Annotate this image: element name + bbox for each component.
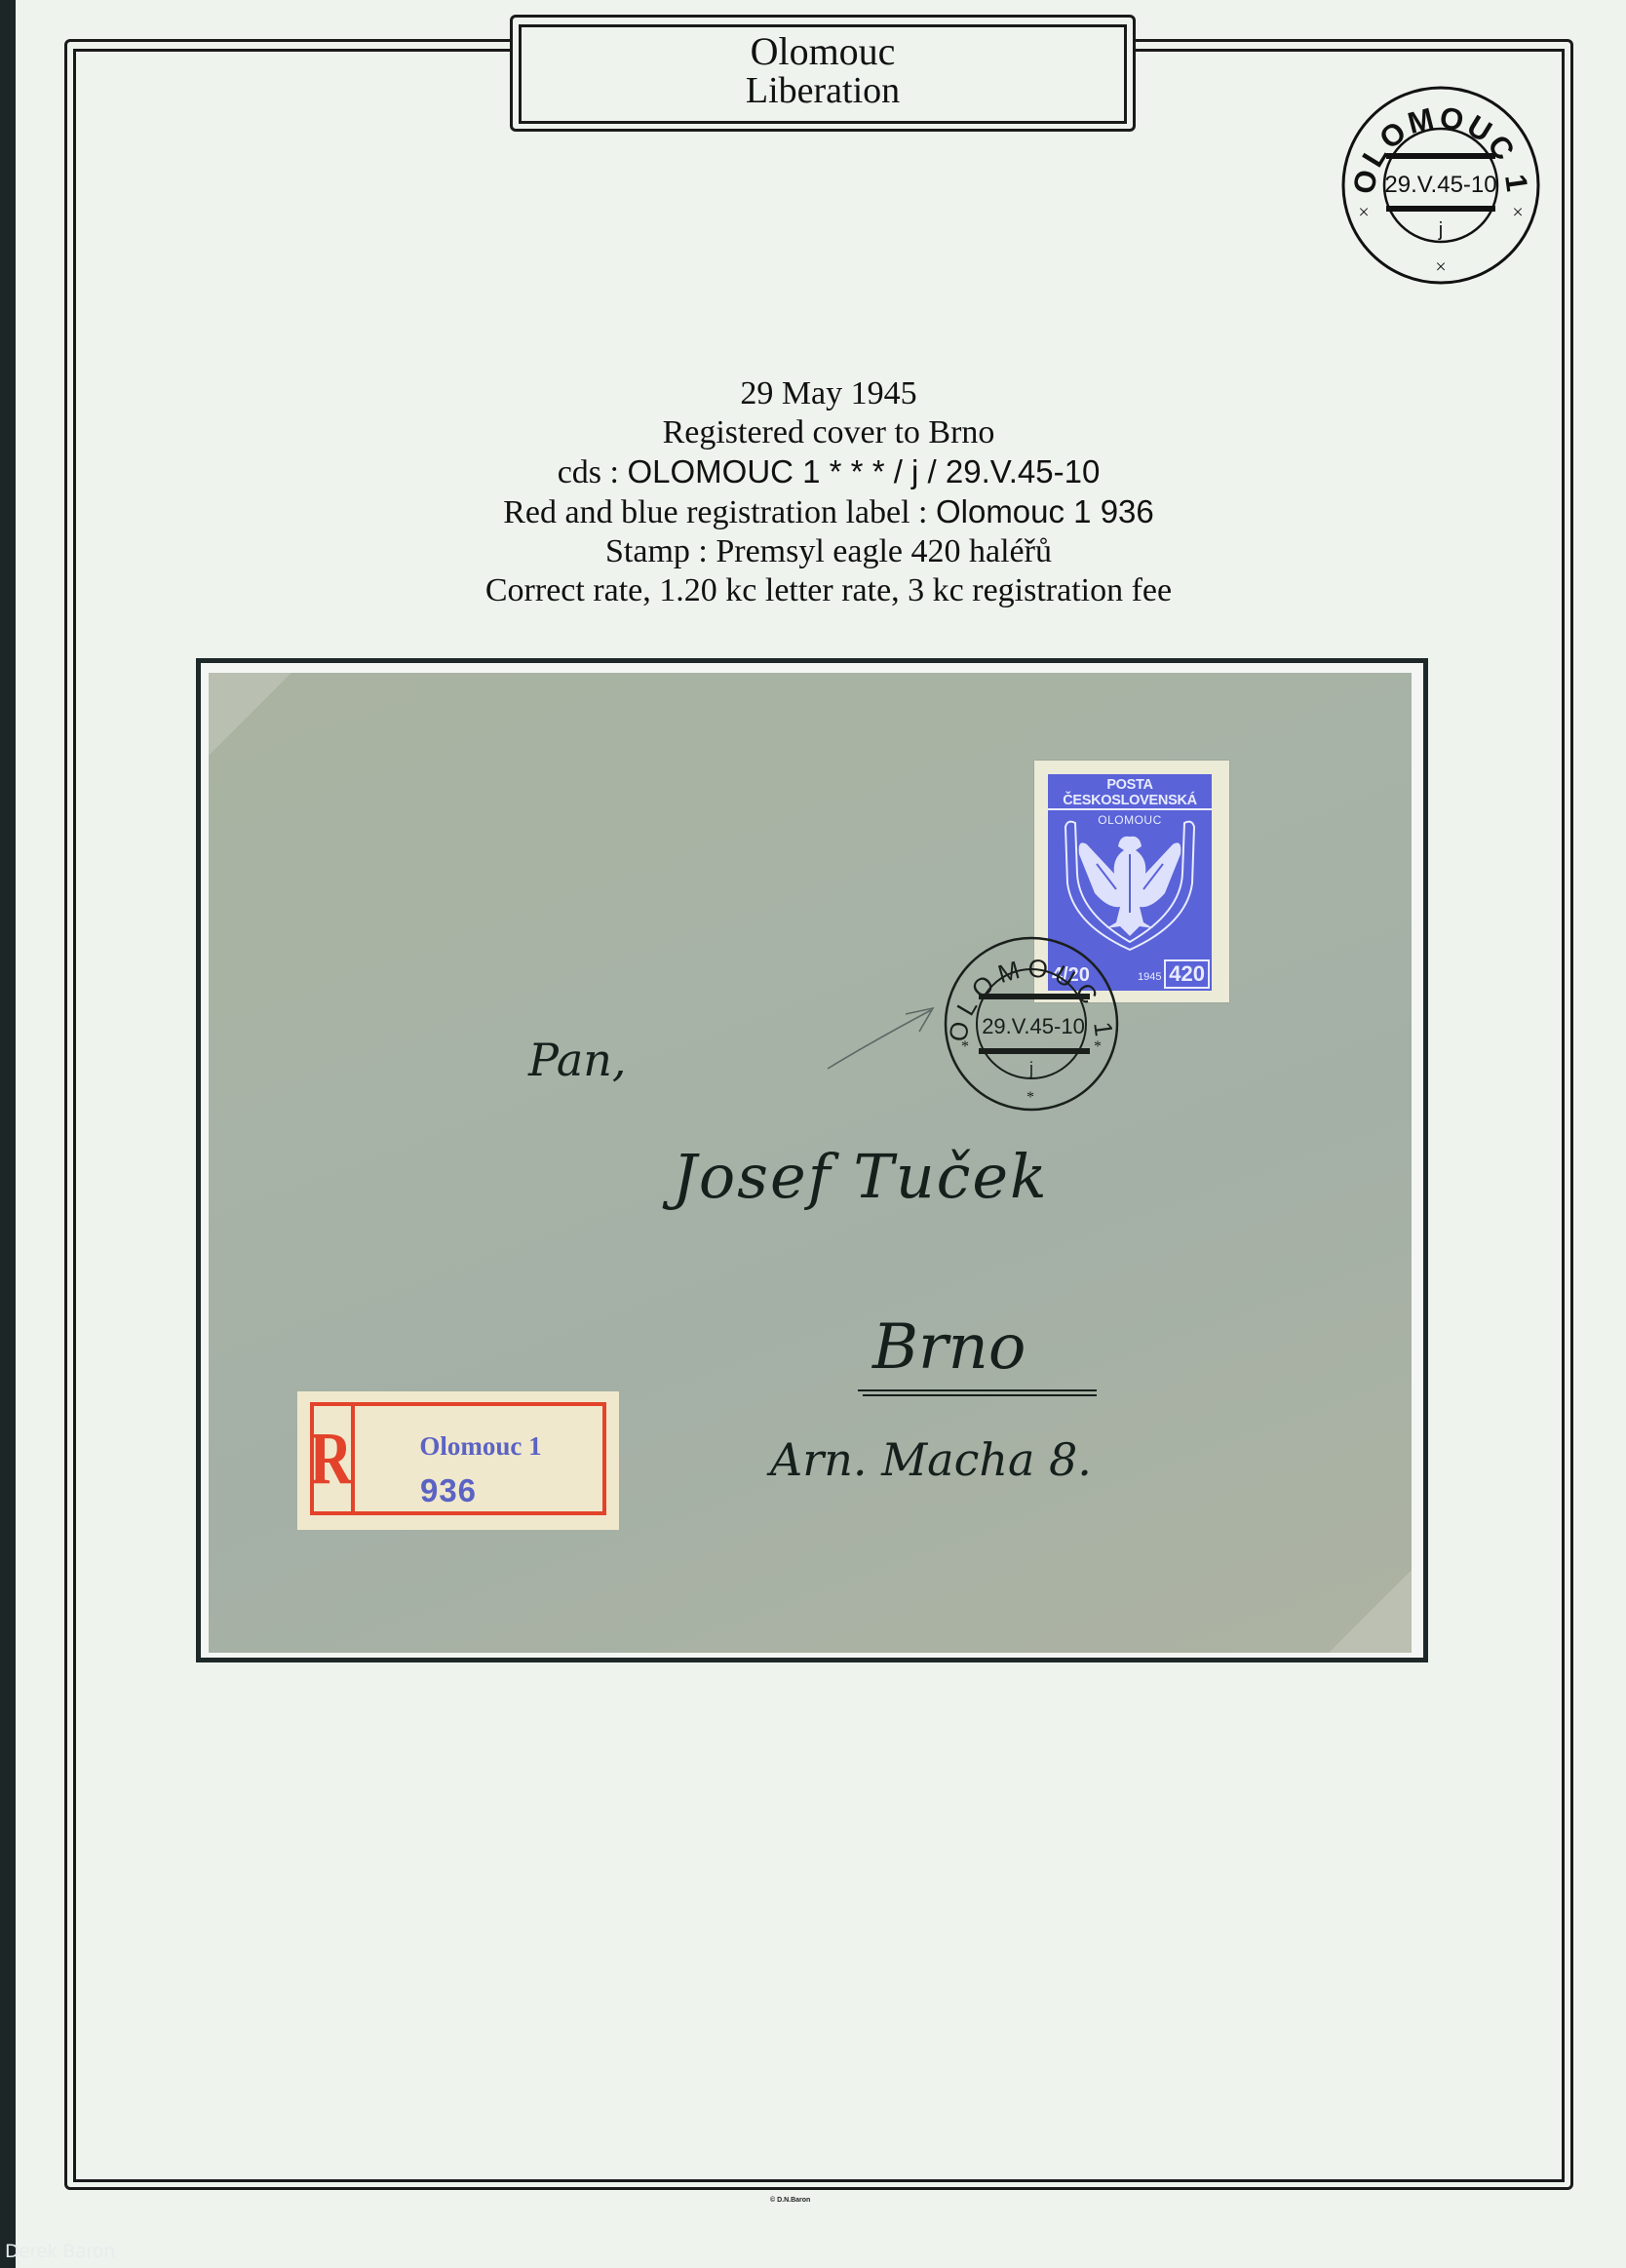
stamp-value-right: 420	[1164, 959, 1210, 989]
address-salutation: Pan,	[528, 1034, 627, 1086]
svg-text:*: *	[1026, 1089, 1034, 1106]
photo-corner-top-left	[209, 673, 291, 756]
cds-label: cds :	[558, 454, 628, 490]
photo-corner-bottom-right	[1329, 1570, 1412, 1653]
page-title: Olomouc	[751, 32, 896, 71]
description-stamp: Stamp : Premsyl eagle 420 haléřů	[195, 532, 1462, 571]
registration-number: 936	[361, 1472, 536, 1509]
postmark-ornament-right: ×	[1512, 202, 1523, 223]
svg-text:*: *	[1094, 1038, 1102, 1055]
cover-description: 29 May 1945 Registered cover to Brno cds…	[195, 374, 1462, 610]
description-label: Red and blue registration label : Olomou…	[195, 492, 1462, 532]
postmark-ornament-bottom: ×	[1435, 256, 1446, 278]
copyright-notice: © D.N.Baron	[770, 2197, 810, 2204]
postmark-date: 29.V.45-10	[1384, 172, 1496, 198]
postmark-code: j	[1438, 219, 1443, 241]
postmark-illustration: OLOMOUC 1 29.V.45-10 j × × ×	[1337, 82, 1544, 289]
cover-postmark: OLOMOUC 1 29.V.45-10 j * * *	[934, 926, 1129, 1121]
cds-value: OLOMOUC 1 * * * / j / 29.V.45-10	[627, 453, 1100, 489]
stamp-year: 1945	[1138, 971, 1161, 983]
cancel-code: j	[1028, 1059, 1033, 1078]
stamp-country: POSTA ČESKOSLOVENSKÁ	[1048, 774, 1212, 810]
description-rate: Correct rate, 1.20 kc letter rate, 3 kc …	[195, 571, 1462, 610]
label-label: Red and blue registration label :	[503, 494, 936, 530]
registration-office: Olomouc 1	[361, 1431, 600, 1462]
address-city: Brno	[872, 1311, 1026, 1384]
city-underline-second	[863, 1394, 1097, 1396]
label-value: Olomouc 1 936	[936, 493, 1154, 529]
registration-r-box: R	[310, 1402, 355, 1515]
page-subtitle: Liberation	[746, 71, 900, 110]
description-summary: Registered cover to Brno	[195, 413, 1462, 452]
scan-watermark: Derek Baron	[5, 2241, 115, 2262]
scan-edge-strip	[0, 0, 16, 2268]
address-name: Josef Tuček	[673, 1141, 1049, 1212]
description-date: 29 May 1945	[195, 374, 1462, 413]
description-cds: cds : OLOMOUC 1 * * * / j / 29.V.45-10	[195, 452, 1462, 492]
address-street: Arn. Macha 8.	[770, 1433, 1092, 1486]
pencil-arrow-mark	[824, 1004, 941, 1073]
city-underline	[858, 1389, 1097, 1391]
registration-letter: R	[309, 1422, 352, 1496]
title-plaque-inner: Olomouc Liberation	[519, 24, 1127, 124]
svg-text:*: *	[961, 1038, 969, 1055]
postmark-ornament-left: ×	[1358, 202, 1369, 223]
cancel-date: 29.V.45-10	[982, 1014, 1085, 1038]
